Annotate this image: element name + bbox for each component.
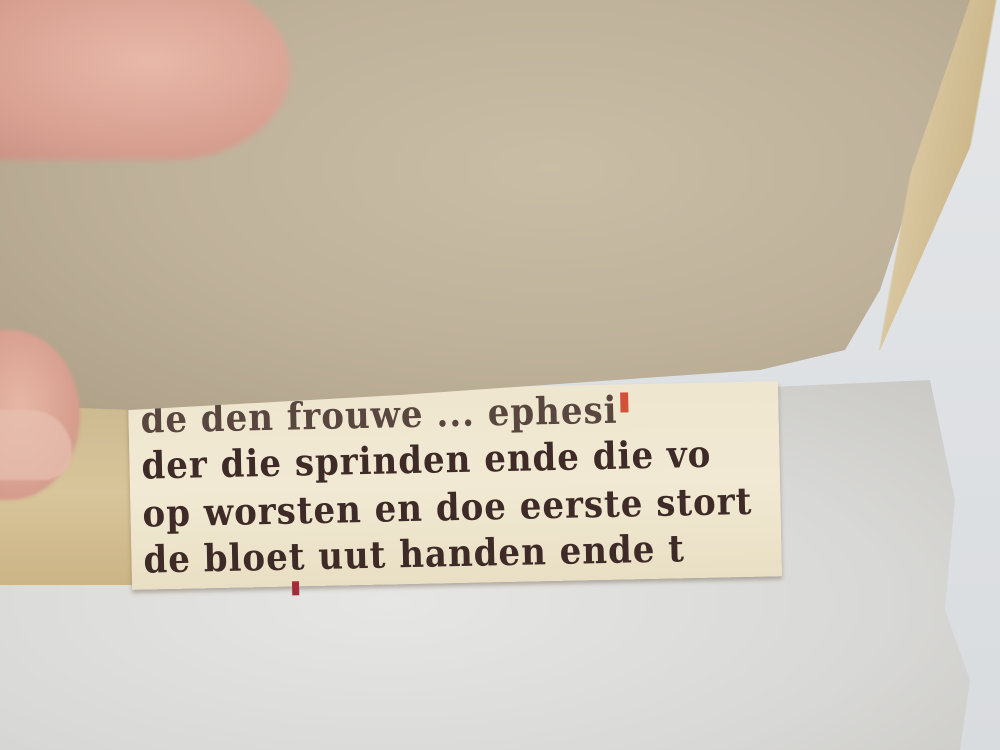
finger-top xyxy=(0,0,290,160)
manuscript-fragment: de den frouwe ... ephesi der die sprinde… xyxy=(128,381,782,590)
manuscript-line-4: de bloet uut handen ende t xyxy=(143,527,685,582)
manuscript-line-2: der die sprinden ende die vo xyxy=(141,433,712,489)
photo-scene: de den frouwe ... ephesi der die sprinde… xyxy=(0,0,1000,750)
red-thread-mark xyxy=(292,581,299,595)
red-rubric-mark xyxy=(620,392,628,412)
